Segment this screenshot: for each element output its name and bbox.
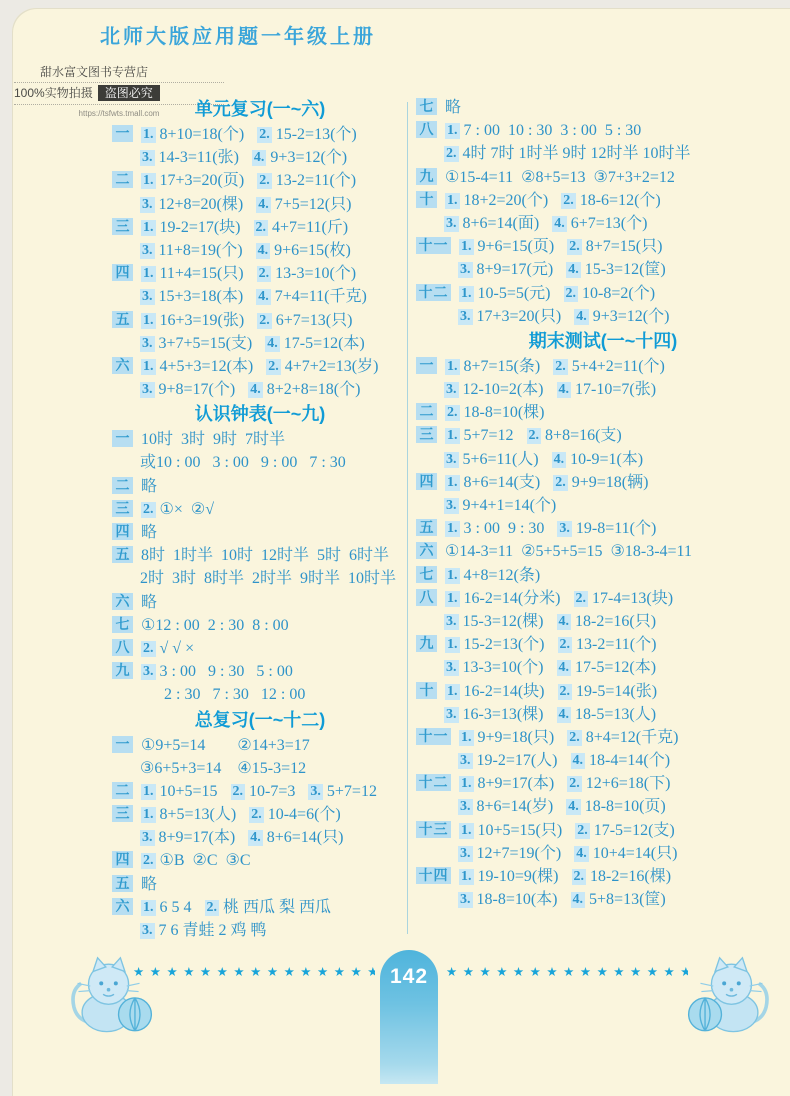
answer-item: 4.6+7=13(个): [552, 215, 647, 232]
answer-line: 五8时 1时半 10时 12时半 5时 6时半: [112, 544, 408, 567]
answer-item: 4.10-9=1(本): [552, 451, 644, 468]
answer-line: 五1.16+3=19(张)2.6+7=13(只): [112, 309, 408, 332]
section-number-badge: 十: [416, 682, 437, 699]
answer-text: 5+7=12: [327, 783, 377, 800]
answer-item: 4.10+4=14(只): [574, 845, 677, 862]
answer-text: 12-10=2(本): [463, 381, 544, 398]
answer-item: 3.3 : 00 9 : 30 5 : 00: [141, 663, 293, 680]
item-number-badge: 4.: [557, 614, 572, 630]
answer-item: 1.8+5=13(人): [141, 806, 236, 823]
answer-item: 2.9+9=18(辆): [553, 474, 648, 491]
answer-item: 3.8+6=14(岁): [458, 798, 553, 815]
answer-text: 略: [141, 478, 157, 495]
answer-item: 1.7 : 00 10 : 30 3 : 00 5 : 30: [445, 122, 641, 139]
answer-item: 2.4+7=11(斤): [254, 219, 349, 236]
item-number-badge: 2.: [567, 776, 582, 792]
item-number-badge: 2.: [572, 869, 587, 885]
answer-text: 8时 1时半 10时 12时半 5时 6时半: [141, 547, 389, 564]
section-number-badge: 二: [112, 477, 133, 494]
answer-text: 18-4=14(个): [589, 752, 670, 769]
answer-line: 3.9+4+1=14(个): [416, 494, 790, 517]
answer-item: 4.17-5=12(本): [265, 335, 365, 352]
answer-item: ①14-3=11 ②5+5+5=15 ③18-3-4=11: [445, 543, 692, 560]
answer-text: 略: [141, 524, 157, 541]
item-number-badge: 2.: [553, 359, 568, 375]
item-number-badge: 4.: [571, 892, 586, 908]
answer-item: 2时 3时 8时半 2时半 9时半 10时半: [140, 570, 396, 587]
item-number-badge: 2.: [445, 405, 460, 421]
answer-text: 9+6=15(页): [478, 238, 555, 255]
item-number-badge: 3.: [140, 382, 155, 398]
answer-item: 2.桃 西瓜 梨 西瓜: [205, 899, 332, 916]
answer-text: 18-8=10(本): [477, 891, 558, 908]
item-number-badge: 1.: [459, 776, 474, 792]
section-number-badge: 一: [112, 736, 133, 753]
item-number-badge: 1.: [445, 591, 460, 607]
item-number-badge: 3.: [458, 799, 473, 815]
item-number-badge: 1.: [459, 286, 474, 302]
section-heading: 总复习(一~十二): [112, 707, 408, 734]
answer-item: 1.19-2=17(块): [141, 219, 241, 236]
section-number-badge: 四: [112, 523, 133, 540]
answer-line: 三1.8+5=13(人)2.10-4=6(个): [112, 803, 408, 826]
answer-item: 2 : 30 7 : 30 12 : 00: [164, 686, 305, 703]
answer-text: 12+6=18(下): [586, 775, 671, 792]
answer-text: 19-2=17(人): [477, 752, 558, 769]
item-number-badge: 2.: [257, 173, 272, 189]
answer-item: ①15-4=11 ②8+5=13 ③7+3+2=12: [445, 169, 675, 186]
answer-text: 11+8=19(个): [159, 242, 243, 259]
answer-line: 3.8+9=17(元)4.15-3=12(筐): [416, 258, 790, 281]
answer-line: 2时 3时 8时半 2时半 9时半 10时半: [112, 567, 408, 590]
watermark-photo-text: 100%实物拍摄: [14, 86, 93, 100]
answer-line: 3.18-8=10(本)4.5+8=13(筐): [416, 888, 790, 911]
section-number-badge: 二: [112, 782, 133, 799]
answer-item: 2.√ √ ×: [141, 640, 194, 657]
answer-line: 2.4时 7时 1时半 9时 12时半 10时半: [416, 142, 790, 165]
answer-text: 13-2=11(个): [276, 172, 356, 189]
section-number-badge: 九: [416, 635, 437, 652]
answer-text: 15+3=18(本): [159, 288, 244, 305]
item-number-badge: 4.: [265, 336, 280, 352]
answer-line: 七1.4+8=12(条): [416, 564, 790, 587]
answer-item: 4.15-3=12(筐): [566, 261, 666, 278]
answer-item: 4.18-8=10(页): [566, 798, 666, 815]
item-number-badge: 3.: [444, 707, 459, 723]
answer-text: 7 6 青蛙 2 鸡 鸭: [159, 922, 267, 939]
answer-item: 2.10-8=2(个): [564, 285, 656, 302]
answer-line: 五1.3 : 00 9 : 303.19-8=11(个): [416, 517, 790, 540]
item-number-badge: 1.: [141, 266, 156, 282]
answer-item: 3.12-10=2(本): [444, 381, 544, 398]
answer-text: 9+9=18(只): [478, 729, 555, 746]
section-number-badge: 三: [416, 426, 437, 443]
answer-text: ①× ②√: [160, 501, 215, 518]
answer-text: 3+7+5=15(支): [159, 335, 253, 352]
item-number-badge: 1.: [141, 900, 156, 916]
star-divider-left: ★ ★ ★ ★ ★ ★ ★ ★ ★ ★ ★ ★ ★ ★ ★ ★ ★ ★ ★ ★ …: [133, 964, 375, 980]
answer-text: 9+3=12(个): [270, 149, 347, 166]
answer-item: 3.19-2=17(人): [458, 752, 558, 769]
answer-item: 1.8+6=14(支): [445, 474, 540, 491]
page-title: 北师大版应用题一年级上册: [100, 20, 376, 49]
item-number-badge: 4.: [256, 243, 271, 259]
answer-item: 1.15-2=13(个): [445, 636, 545, 653]
answer-item: 1.16-2=14(块): [445, 683, 545, 700]
answer-item: 或10 : 00 3 : 00 9 : 00 7 : 30: [140, 454, 346, 471]
section-number-badge: 三: [112, 805, 133, 822]
answer-line: 十1.18+2=20(个)2.18-6=12(个): [416, 189, 790, 212]
answer-line: 三1.19-2=17(块)2.4+7=11(斤): [112, 216, 408, 239]
item-number-badge: 2.: [564, 286, 579, 302]
scanned-answer-page: { "header": { "book_title": "北师大版应用题一年级上…: [0, 0, 790, 1096]
item-number-badge: 4.: [566, 799, 581, 815]
section-number-badge: 七: [112, 616, 133, 633]
answer-text: ①15-4=11 ②8+5=13 ③7+3+2=12: [445, 169, 675, 186]
section-number-badge: 十三: [416, 821, 451, 838]
answer-text: 15-3=12(棵): [463, 613, 544, 630]
answer-line: 3.16-3=13(棵)4.18-5=13(人): [416, 703, 790, 726]
item-number-badge: 4.: [256, 289, 271, 305]
item-number-badge: 2.: [558, 637, 573, 653]
answer-item: 4.8+6=14(只): [248, 829, 343, 846]
answer-text: 16-3=13(棵): [463, 706, 544, 723]
answer-item: 3.13-3=10(个): [444, 659, 544, 676]
answer-item: 2.13-2=11(个): [558, 636, 657, 653]
answer-text: 3 : 00 9 : 30: [464, 520, 545, 537]
answer-line: 十二1.8+9=17(本)2.12+6=18(下): [416, 772, 790, 795]
answer-item: 略: [141, 478, 157, 495]
answer-text: 18-5=13(人): [575, 706, 656, 723]
item-number-badge: 1.: [459, 239, 474, 255]
section-number-badge: 三: [112, 500, 133, 517]
answer-item: 4.18-5=13(人): [557, 706, 657, 723]
section-number-badge: 八: [416, 589, 437, 606]
answer-line: 3.13-3=10(个)4.17-5=12(本): [416, 656, 790, 679]
item-number-badge: 3.: [308, 784, 323, 800]
answer-text: 18-8=10(棵): [464, 404, 545, 421]
answer-text: 7+5=12(只): [275, 196, 352, 213]
answer-item: 2.13-3=10(个): [257, 265, 357, 282]
answer-item: 1.8+7=15(条): [445, 358, 540, 375]
answer-item: 2.10-4=6(个): [249, 806, 341, 823]
answer-text: 15-2=13(个): [276, 126, 357, 143]
answer-item: 2.12+6=18(下): [567, 775, 670, 792]
section-heading: 认识钟表(一~九): [112, 401, 408, 428]
answer-text: 13-2=11(个): [576, 636, 656, 653]
item-number-badge: 2.: [249, 807, 264, 823]
item-number-badge: 1.: [445, 475, 460, 491]
answer-line: 一①9+5=14 ②14+3=17: [112, 734, 408, 757]
answer-text: 6+7=13(个): [571, 215, 648, 232]
answer-item: 3.14-3=11(张): [140, 149, 239, 166]
section-number-badge: 五: [112, 546, 133, 563]
answer-item: 2.17-5=12(支): [575, 822, 675, 839]
answer-text: 10-9=1(本): [570, 451, 643, 468]
answer-text: 17+3=20(页): [160, 172, 245, 189]
answer-line: 二2.18-8=10(棵): [416, 401, 790, 424]
answer-item: 1.6 5 4: [141, 899, 192, 916]
answer-item: ①9+5=14 ②14+3=17: [141, 737, 310, 754]
answer-item: 4.9+6=15(枚): [256, 242, 351, 259]
answer-text: 11+4=15(只): [160, 265, 244, 282]
answer-text: 10-4=6(个): [268, 806, 341, 823]
section-number-badge: 八: [112, 639, 133, 656]
item-number-badge: 1.: [445, 684, 460, 700]
answer-line: 五略: [112, 873, 408, 896]
answer-text: 19-5=14(张): [576, 683, 657, 700]
answer-text: 10-5=5(元): [478, 285, 551, 302]
answer-item: ①12 : 00 2 : 30 8 : 00: [141, 617, 289, 634]
page-number: 142: [380, 950, 438, 989]
item-number-badge: 3.: [444, 614, 459, 630]
answer-item: 2.①B ②C ③C: [141, 852, 251, 869]
item-number-badge: 3.: [140, 243, 155, 259]
item-number-badge: 1.: [141, 127, 156, 143]
item-number-badge: 2.: [257, 313, 272, 329]
item-number-badge: 4.: [252, 150, 267, 166]
answer-text: 8+7=15(只): [586, 238, 663, 255]
item-number-badge: 1.: [445, 568, 460, 584]
answer-item: 3.18-8=10(本): [458, 891, 558, 908]
answer-text: 10+5=15(只): [478, 822, 563, 839]
answer-line: 九1.15-2=13(个)2.13-2=11(个): [416, 633, 790, 656]
answer-item: 1.16-2=14(分米): [445, 590, 561, 607]
item-number-badge: 1.: [445, 193, 460, 209]
answer-item: 3.5+7=12: [308, 783, 377, 800]
answer-line: 3.7 6 青蛙 2 鸡 鸭: [112, 919, 408, 942]
answer-item: 3.3+7+5=15(支): [140, 335, 252, 352]
answer-item: 3.12+8=20(棵): [140, 196, 243, 213]
answer-line: 一10时 3时 9时 7时半: [112, 428, 408, 451]
answer-line: 3.8+6=14(面)4.6+7=13(个): [416, 212, 790, 235]
answer-item: 10时 3时 9时 7时半: [141, 431, 285, 448]
item-number-badge: 2.: [527, 428, 542, 444]
item-number-badge: 2.: [567, 239, 582, 255]
answer-line: 3.12+7=19(个)4.10+4=14(只): [416, 842, 790, 865]
answer-text: 17-5=12(支): [594, 822, 675, 839]
item-number-badge: 2.: [575, 823, 590, 839]
answer-text: 13-3=10(个): [275, 265, 356, 282]
item-number-badge: 2.: [231, 784, 246, 800]
answer-item: 1.8+10=18(个): [141, 126, 244, 143]
section-number-badge: 三: [112, 218, 133, 235]
answer-item: 2.8+7=15(只): [567, 238, 662, 255]
answer-line: 八1.7 : 00 10 : 30 3 : 00 5 : 30: [416, 119, 790, 142]
answer-line: 3.9+8=17(个)4.8+2+8=18(个): [112, 378, 408, 401]
answer-item: 1.3 : 00 9 : 30: [445, 520, 544, 537]
answer-line: ③6+5+3=14 ④15-3=12: [112, 757, 408, 780]
answer-text: 16-2=14(块): [464, 683, 545, 700]
answer-line: 四2.①B ②C ③C: [112, 849, 408, 872]
answer-item: 2.5+4+2=11(个): [553, 358, 665, 375]
answer-item: 2.18-8=10(棵): [445, 404, 545, 421]
answer-text: 6 5 4: [160, 899, 192, 916]
answer-text: 10-7=3: [249, 783, 295, 800]
answer-text: ①9+5=14 ②14+3=17: [141, 737, 310, 754]
item-number-badge: 2.: [567, 730, 582, 746]
section-number-badge: 五: [416, 519, 437, 536]
answer-text: 19-8=11(个): [576, 520, 656, 537]
answer-line: 六①14-3=11 ②5+5+5=15 ③18-3-4=11: [416, 540, 790, 563]
answer-text: 8+7=15(条): [464, 358, 541, 375]
answer-line: 九①15-4=11 ②8+5=13 ③7+3+2=12: [416, 166, 790, 189]
item-number-badge: 3.: [458, 262, 473, 278]
item-number-badge: 1.: [141, 784, 156, 800]
answer-item: 4.9+3=12(个): [252, 149, 347, 166]
answer-line: 3.12-10=2(本)4.17-10=7(张): [416, 378, 790, 401]
item-number-badge: 1.: [141, 313, 156, 329]
book-page: 北师大版应用题一年级上册 甜水富文图书专营店 100%实物拍摄盗图必究 http…: [12, 8, 790, 1096]
answer-item: 2.18-2=16(棵): [572, 868, 672, 885]
item-number-badge: 2.: [553, 475, 568, 491]
answer-line: 3.8+9=17(本)4.8+6=14(只): [112, 826, 408, 849]
answer-line: 或10 : 00 3 : 00 9 : 00 7 : 30: [112, 451, 408, 474]
item-number-badge: 3.: [458, 753, 473, 769]
answer-text: 3 : 00 9 : 30 5 : 00: [160, 663, 293, 680]
answer-text: 4时 7时 1时半 9时 12时半 10时半: [463, 145, 691, 162]
answer-item: 2.8+8=16(支): [527, 427, 622, 444]
answer-text: 5+6=11(人): [463, 451, 539, 468]
star-divider-right: ★ ★ ★ ★ ★ ★ ★ ★ ★ ★ ★ ★ ★ ★ ★ ★ ★ ★ ★ ★ …: [446, 964, 688, 980]
item-number-badge: 2.: [558, 684, 573, 700]
answer-item: ③6+5+3=14 ④15-3=12: [140, 760, 306, 777]
section-number-badge: 十一: [416, 728, 451, 745]
item-number-badge: 3.: [458, 846, 473, 862]
answer-item: 略: [445, 99, 461, 116]
answer-item: 略: [141, 876, 157, 893]
answer-item: 8时 1时半 10时 12时半 5时 6时半: [141, 547, 389, 564]
answer-text: 8+4=12(千克): [586, 729, 679, 746]
answer-text: 17-5=12(本): [284, 335, 365, 352]
item-number-badge: 2.: [254, 220, 269, 236]
answer-line: 3.17+3=20(只)4.9+3=12(个): [416, 305, 790, 328]
answer-text: 12+7=19(个): [477, 845, 562, 862]
item-number-badge: 1.: [141, 359, 156, 375]
section-number-badge: 九: [416, 168, 437, 185]
item-number-badge: 4.: [566, 262, 581, 278]
section-number-badge: 四: [112, 264, 133, 281]
answer-text: 5+4+2=11(个): [572, 358, 665, 375]
answer-item: 3.16-3=13(棵): [444, 706, 544, 723]
answer-item: 1.17+3=20(页): [141, 172, 244, 189]
answer-text: ③6+5+3=14 ④15-3=12: [140, 760, 306, 777]
answer-item: 4.7+4=11(千克): [256, 288, 367, 305]
answer-text: 17+3=20(只): [477, 308, 562, 325]
answer-text: 14-3=11(张): [159, 149, 239, 166]
answer-line: 3.19-2=17(人)4.18-4=14(个): [416, 749, 790, 772]
item-number-badge: 2.: [257, 266, 272, 282]
item-number-badge: 1.: [445, 428, 460, 444]
item-number-badge: 2.: [266, 359, 281, 375]
answer-item: 1.8+9=17(本): [459, 775, 554, 792]
answer-line: 3.15-3=12(棵)4.18-2=16(只): [416, 610, 790, 633]
answer-line: 八1.16-2=14(分米)2.17-4=13(块): [416, 587, 790, 610]
item-number-badge: 1.: [141, 173, 156, 189]
answer-item: 3.15+3=18(本): [140, 288, 243, 305]
item-number-badge: 4.: [571, 753, 586, 769]
answer-line: 六1.6 5 42.桃 西瓜 梨 西瓜: [112, 896, 408, 919]
answer-item: 1.19-10=9(棵): [459, 868, 559, 885]
answer-text: 19-2=17(块): [160, 219, 241, 236]
answer-item: 3.8+9=17(元): [458, 261, 553, 278]
section-number-badge: 七: [416, 566, 437, 583]
section-number-badge: 七: [416, 98, 437, 115]
answer-text: 8+6=14(面): [463, 215, 540, 232]
answer-item: 4.17-5=12(本): [557, 659, 657, 676]
answer-text: 4+7=11(斤): [272, 219, 348, 236]
item-number-badge: 3.: [141, 664, 156, 680]
answer-text: 略: [141, 876, 157, 893]
answer-line: 十一1.9+9=18(只)2.8+4=12(千克): [416, 726, 790, 749]
answer-text: 8+2+8=18(个): [267, 381, 361, 398]
answer-text: 2 : 30 7 : 30 12 : 00: [164, 686, 305, 703]
answer-text: 桃 西瓜 梨 西瓜: [223, 899, 331, 916]
section-number-badge: 十一: [416, 237, 451, 254]
item-number-badge: 1.: [459, 869, 474, 885]
answer-text: 9+9=18(辆): [572, 474, 649, 491]
item-number-badge: 3.: [458, 892, 473, 908]
answer-line: 九3.3 : 00 9 : 30 5 : 00: [112, 660, 408, 683]
answer-text: 4+8=12(条): [464, 567, 541, 584]
item-number-badge: 3.: [444, 382, 459, 398]
item-number-badge: 3.: [444, 452, 459, 468]
answer-item: 1.11+4=15(只): [141, 265, 244, 282]
answer-item: 3.17+3=20(只): [458, 308, 561, 325]
answer-line: 七略: [416, 96, 790, 119]
answer-item: 1.4+8=12(条): [445, 567, 540, 584]
answer-item: 1.10-5=5(元): [459, 285, 551, 302]
answer-text: 10时 3时 9时 7时半: [141, 431, 285, 448]
answer-text: 10+4=14(只): [593, 845, 678, 862]
answer-text: 19-10=9(棵): [478, 868, 559, 885]
item-number-badge: 3.: [140, 830, 155, 846]
item-number-badge: 1.: [445, 359, 460, 375]
item-number-badge: 3.: [140, 336, 155, 352]
section-number-badge: 十: [416, 191, 437, 208]
answer-text: 8+9=17(本): [159, 829, 236, 846]
answer-text: ①B ②C ③C: [160, 852, 251, 869]
item-number-badge: 1.: [459, 730, 474, 746]
answer-text: 16+3=19(张): [160, 312, 245, 329]
answer-line: 二1.17+3=20(页)2.13-2=11(个): [112, 169, 408, 192]
section-number-badge: 六: [416, 542, 437, 559]
answer-text: 15-2=13(个): [464, 636, 545, 653]
answer-item: 1.10+5=15(只): [459, 822, 562, 839]
answer-item: 1.10+5=15: [141, 783, 218, 800]
answer-text: 4+7+2=13(岁): [285, 358, 379, 375]
answer-item: 3.9+4+1=14(个): [444, 497, 556, 514]
answer-text: 8+8=16(支): [545, 427, 622, 444]
item-number-badge: 2.: [141, 502, 156, 518]
answer-item: 4.7+5=12(只): [256, 196, 351, 213]
item-number-badge: 1.: [445, 123, 460, 139]
answer-text: 9+8=17(个): [159, 381, 236, 398]
item-number-badge: 3.: [140, 289, 155, 305]
watermark-store-name: 甜水富文图书专营店: [14, 64, 224, 83]
section-number-badge: 六: [112, 593, 133, 610]
answer-item: 2.10-7=3: [231, 783, 296, 800]
answer-text: 9+6=15(枚): [274, 242, 351, 259]
answer-item: 4.17-10=7(张): [557, 381, 657, 398]
answer-line: 2 : 30 7 : 30 12 : 00: [112, 683, 408, 706]
answer-text: 18-2=16(棵): [590, 868, 671, 885]
answer-item: 2.17-4=13(块): [574, 590, 674, 607]
item-number-badge: 4.: [557, 382, 572, 398]
answer-item: 1.9+6=15(页): [459, 238, 554, 255]
section-number-badge: 六: [112, 357, 133, 374]
answer-line: 十三1.10+5=15(只)2.17-5=12(支): [416, 819, 790, 842]
